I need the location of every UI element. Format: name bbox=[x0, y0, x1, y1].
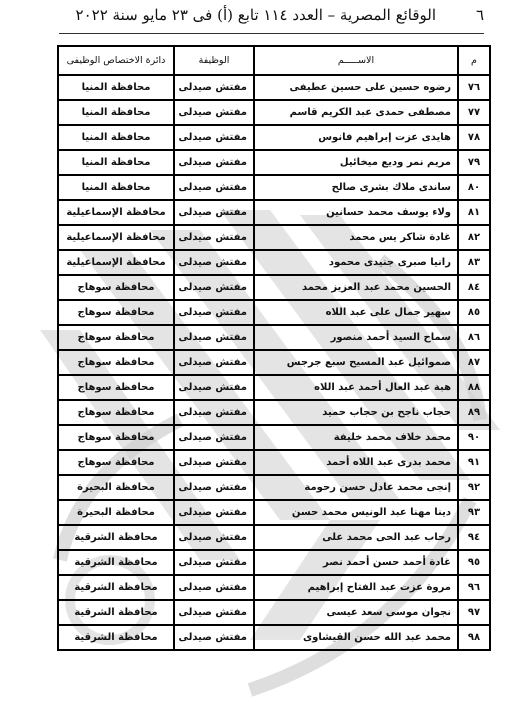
table-row: ٩٢إنجى محمد عادل حسن رحومةمفتش صيدلىمحاف… bbox=[58, 475, 490, 500]
row-name: رحاب عبد الحى محمد على bbox=[254, 525, 458, 550]
row-job: مفتش صيدلى bbox=[174, 250, 254, 275]
row-name: الحسين محمد عبد العزيز محمد bbox=[254, 275, 458, 300]
row-job: مفتش صيدلى bbox=[174, 400, 254, 425]
table-row: ٨٥سهير جمال على عبد اللاهمفتش صيدلىمحافظ… bbox=[58, 300, 490, 325]
table-row: ٧٧مصطفى حمدى عبد الكريم قاسممفتش صيدلىمح… bbox=[58, 100, 490, 125]
table-row: ٨٣رانيا صبرى جنيدى محمودمفتش صيدلىمحافظة… bbox=[58, 250, 490, 275]
row-name: محمد خلاف محمد خليفة bbox=[254, 425, 458, 450]
row-name: سهير جمال على عبد اللاه bbox=[254, 300, 458, 325]
row-job: مفتش صيدلى bbox=[174, 625, 254, 650]
row-name: مروة عزت عبد الفتاح إبراهيم bbox=[254, 575, 458, 600]
row-number: ٩٣ bbox=[458, 500, 490, 525]
row-number: ٨٧ bbox=[458, 350, 490, 375]
row-job: مفتش صيدلى bbox=[174, 75, 254, 100]
row-department: محافظة سوهاج bbox=[58, 350, 174, 375]
table-row: ٨٤الحسين محمد عبد العزيز محمدمفتش صيدلىم… bbox=[58, 275, 490, 300]
row-number: ٩٦ bbox=[458, 575, 490, 600]
row-job: مفتش صيدلى bbox=[174, 425, 254, 450]
row-name: هايدى عزت إبراهيم فانوس bbox=[254, 125, 458, 150]
row-department: محافظة الإسماعيلية bbox=[58, 200, 174, 225]
row-name: غادة أحمد حسن أحمد نصر bbox=[254, 550, 458, 575]
row-job: مفتش صيدلى bbox=[174, 575, 254, 600]
row-job: مفتش صيدلى bbox=[174, 100, 254, 125]
row-department: محافظة الإسماعيلية bbox=[58, 225, 174, 250]
row-number: ٨٦ bbox=[458, 325, 490, 350]
column-header-department: دائرة الاختصاص الوظيفى bbox=[58, 46, 174, 75]
row-job: مفتش صيدلى bbox=[174, 225, 254, 250]
row-job: مفتش صيدلى bbox=[174, 450, 254, 475]
row-department: محافظة سوهاج bbox=[58, 325, 174, 350]
table-row: ٩٥غادة أحمد حسن أحمد نصرمفتش صيدلىمحافظة… bbox=[58, 550, 490, 575]
row-job: مفتش صيدلى bbox=[174, 350, 254, 375]
row-name: ولاء يوسف محمد حسانين bbox=[254, 200, 458, 225]
table-row: ٩٠محمد خلاف محمد خليفةمفتش صيدلىمحافظة س… bbox=[58, 425, 490, 450]
staff-table-container: م الاســـــم الوظيفة دائرة الاختصاص الوظ… bbox=[57, 45, 485, 651]
row-name: إنجى محمد عادل حسن رحومة bbox=[254, 475, 458, 500]
row-department: محافظة الشرقية bbox=[58, 575, 174, 600]
row-number: ٨٤ bbox=[458, 275, 490, 300]
row-job: مفتش صيدلى bbox=[174, 475, 254, 500]
row-department: محافظة سوهاج bbox=[58, 375, 174, 400]
row-number: ٨١ bbox=[458, 200, 490, 225]
table-header-row: م الاســـــم الوظيفة دائرة الاختصاص الوظ… bbox=[58, 46, 490, 75]
table-row: ٨٠ساندى ملاك بشرى صالحمفتش صيدلىمحافظة ا… bbox=[58, 175, 490, 200]
row-number: ٩٢ bbox=[458, 475, 490, 500]
row-job: مفتش صيدلى bbox=[174, 300, 254, 325]
row-number: ٨٠ bbox=[458, 175, 490, 200]
page-header: ٦ الوقائع المصرية – العدد ١١٤ تابع (أ) ف… bbox=[60, 4, 484, 28]
table-row: ٧٩مريم نمر وديع ميخائيلمفتش صيدلىمحافظة … bbox=[58, 150, 490, 175]
row-job: مفتش صيدلى bbox=[174, 550, 254, 575]
row-department: محافظة سوهاج bbox=[58, 400, 174, 425]
row-department: محافظة المنيا bbox=[58, 125, 174, 150]
row-department: محافظة الإسماعيلية bbox=[58, 250, 174, 275]
table-row: ٨٨هبة عبد العال أحمد عبد اللاهمفتش صيدلى… bbox=[58, 375, 490, 400]
table-row: ٧٦رضوه حسين على حسين عطيفىمفتش صيدلىمحاف… bbox=[58, 75, 490, 100]
column-header-name: الاســـــم bbox=[254, 46, 458, 75]
table-row: ٨١ولاء يوسف محمد حسانينمفتش صيدلىمحافظة … bbox=[58, 200, 490, 225]
page-number: ٦ bbox=[476, 6, 484, 24]
row-job: مفتش صيدلى bbox=[174, 525, 254, 550]
row-department: محافظة الشرقية bbox=[58, 525, 174, 550]
row-department: محافظة الشرقية bbox=[58, 625, 174, 650]
row-job: مفتش صيدلى bbox=[174, 200, 254, 225]
row-number: ٨٣ bbox=[458, 250, 490, 275]
row-name: ساندى ملاك بشرى صالح bbox=[254, 175, 458, 200]
table-row: ٩٣دينا مهنا عبد الونيس محمد حسنمفتش صيدل… bbox=[58, 500, 490, 525]
table-row: ٨٢غادة شاكر يس محمدمفتش صيدلىمحافظة الإس… bbox=[58, 225, 490, 250]
row-name: هبة عبد العال أحمد عبد اللاه bbox=[254, 375, 458, 400]
table-row: ٩٨محمد عبد الله حسن القيشاوىمفتش صيدلىمح… bbox=[58, 625, 490, 650]
table-row: ٩٦مروة عزت عبد الفتاح إبراهيممفتش صيدلىم… bbox=[58, 575, 490, 600]
row-name: سماح السيد أحمد منصور bbox=[254, 325, 458, 350]
row-department: محافظة المنيا bbox=[58, 100, 174, 125]
row-department: محافظة الشرقية bbox=[58, 600, 174, 625]
row-name: صموائيل عبد المسيح سبع جرجس bbox=[254, 350, 458, 375]
column-header-number: م bbox=[458, 46, 490, 75]
row-job: مفتش صيدلى bbox=[174, 600, 254, 625]
row-job: مفتش صيدلى bbox=[174, 500, 254, 525]
row-department: محافظة المنيا bbox=[58, 175, 174, 200]
table-row: ٨٩حجاب ناجح بن حجاب حميدمفتش صيدلىمحافظة… bbox=[58, 400, 490, 425]
row-number: ٧٨ bbox=[458, 125, 490, 150]
row-number: ٩١ bbox=[458, 450, 490, 475]
row-name: رضوه حسين على حسين عطيفى bbox=[254, 75, 458, 100]
row-department: محافظة المنيا bbox=[58, 150, 174, 175]
row-department: محافظة البحيرة bbox=[58, 500, 174, 525]
table-row: ٨٦سماح السيد أحمد منصورمفتش صيدلىمحافظة … bbox=[58, 325, 490, 350]
row-name: مصطفى حمدى عبد الكريم قاسم bbox=[254, 100, 458, 125]
row-job: مفتش صيدلى bbox=[174, 125, 254, 150]
row-job: مفتش صيدلى bbox=[174, 275, 254, 300]
row-name: دينا مهنا عبد الونيس محمد حسن bbox=[254, 500, 458, 525]
row-number: ٨٨ bbox=[458, 375, 490, 400]
row-department: محافظة سوهاج bbox=[58, 300, 174, 325]
row-name: نجوان موسى سعد عيسى bbox=[254, 600, 458, 625]
row-job: مفتش صيدلى bbox=[174, 325, 254, 350]
row-number: ٩٧ bbox=[458, 600, 490, 625]
row-name: رانيا صبرى جنيدى محمود bbox=[254, 250, 458, 275]
column-header-job: الوظيفة bbox=[174, 46, 254, 75]
row-name: مريم نمر وديع ميخائيل bbox=[254, 150, 458, 175]
row-number: ٧٧ bbox=[458, 100, 490, 125]
row-number: ٨٢ bbox=[458, 225, 490, 250]
row-job: مفتش صيدلى bbox=[174, 150, 254, 175]
table-body: ٧٦رضوه حسين على حسين عطيفىمفتش صيدلىمحاف… bbox=[58, 75, 490, 650]
table-row: ٩٤رحاب عبد الحى محمد علىمفتش صيدلىمحافظة… bbox=[58, 525, 490, 550]
table-row: ٧٨هايدى عزت إبراهيم فانوسمفتش صيدلىمحافظ… bbox=[58, 125, 490, 150]
staff-table: م الاســـــم الوظيفة دائرة الاختصاص الوظ… bbox=[57, 45, 491, 651]
row-name: محمد عبد الله حسن القيشاوى bbox=[254, 625, 458, 650]
row-number: ٩٤ bbox=[458, 525, 490, 550]
row-department: محافظة سوهاج bbox=[58, 275, 174, 300]
row-name: حجاب ناجح بن حجاب حميد bbox=[254, 400, 458, 425]
row-number: ٧٦ bbox=[458, 75, 490, 100]
row-department: محافظة المنيا bbox=[58, 75, 174, 100]
row-name: محمد بدرى عبد اللاه أحمد bbox=[254, 450, 458, 475]
header-divider bbox=[59, 33, 484, 34]
row-department: محافظة سوهاج bbox=[58, 450, 174, 475]
row-name: غادة شاكر يس محمد bbox=[254, 225, 458, 250]
row-number: ٧٩ bbox=[458, 150, 490, 175]
row-job: مفتش صيدلى bbox=[174, 375, 254, 400]
table-row: ٩١محمد بدرى عبد اللاه أحمدمفتش صيدلىمحاف… bbox=[58, 450, 490, 475]
row-number: ٩٥ bbox=[458, 550, 490, 575]
row-department: محافظة الشرقية bbox=[58, 550, 174, 575]
row-department: محافظة سوهاج bbox=[58, 425, 174, 450]
row-number: ٨٥ bbox=[458, 300, 490, 325]
row-number: ٨٩ bbox=[458, 400, 490, 425]
row-job: مفتش صيدلى bbox=[174, 175, 254, 200]
row-department: محافظة البحيرة bbox=[58, 475, 174, 500]
table-row: ٨٧صموائيل عبد المسيح سبع جرجسمفتش صيدلىم… bbox=[58, 350, 490, 375]
table-row: ٩٧نجوان موسى سعد عيسىمفتش صيدلىمحافظة ال… bbox=[58, 600, 490, 625]
gazette-title: الوقائع المصرية – العدد ١١٤ تابع (أ) فى … bbox=[76, 6, 436, 24]
row-number: ٩٨ bbox=[458, 625, 490, 650]
row-number: ٩٠ bbox=[458, 425, 490, 450]
